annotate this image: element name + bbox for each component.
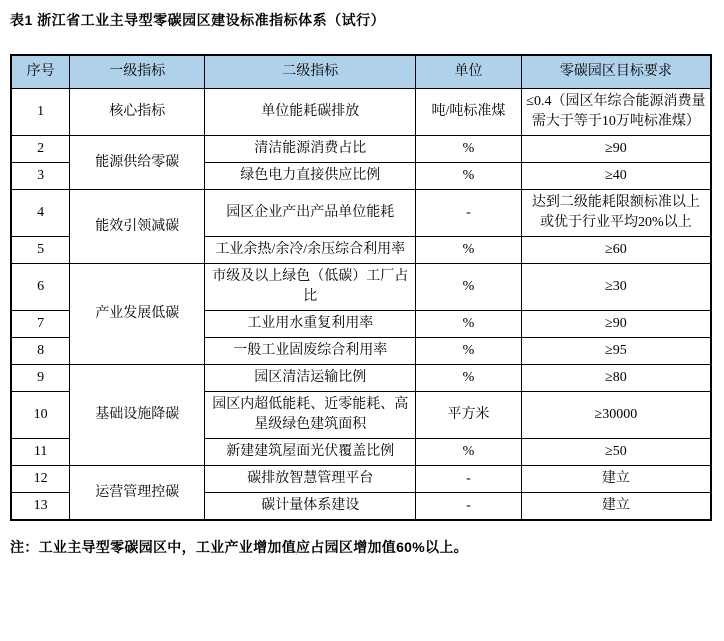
row-number-cell: 6	[11, 264, 70, 311]
row-number-cell: 8	[11, 338, 70, 365]
row-number-cell: 13	[11, 493, 70, 521]
unit-cell: 吨/吨标准煤	[416, 89, 522, 136]
secondary-indicator-cell: 碳排放智慧管理平台	[205, 466, 416, 493]
table-row: 1 核心指标 单位能耗碳排放 吨/吨标准煤 ≤0.4（园区年综合能源消费量需大于…	[11, 89, 711, 136]
primary-indicator-cell: 核心指标	[70, 89, 205, 136]
footnote: 注：工业主导型零碳园区中，工业产业增加值应占园区增加值60%以上。	[10, 537, 714, 557]
target-cell: ≥40	[521, 163, 711, 190]
row-number-cell: 12	[11, 466, 70, 493]
target-cell: ≥90	[521, 136, 711, 163]
target-cell: 达到二级能耗限额标准以上或优于行业平均20%以上	[521, 190, 711, 237]
secondary-indicator-cell: 市级及以上绿色（低碳）工厂占比	[205, 264, 416, 311]
indicator-table: 序号 一级指标 二级指标 单位 零碳园区目标要求 1 核心指标 单位能耗碳排放 …	[10, 54, 712, 521]
unit-cell: %	[416, 365, 522, 392]
table-row: 4 能效引领减碳 园区企业产出产品单位能耗 - 达到二级能耗限额标准以上或优于行…	[11, 190, 711, 237]
col-header-primary-indicator: 一级指标	[70, 55, 205, 89]
unit-cell: 平方米	[416, 392, 522, 439]
col-header-unit: 单位	[416, 55, 522, 89]
secondary-indicator-cell: 园区清洁运输比例	[205, 365, 416, 392]
target-cell: ≥30000	[521, 392, 711, 439]
secondary-indicator-cell: 工业余热/余冷/余压综合利用率	[205, 237, 416, 264]
table-row: 6 产业发展低碳 市级及以上绿色（低碳）工厂占比 % ≥30	[11, 264, 711, 311]
primary-indicator-cell: 产业发展低碳	[70, 264, 205, 365]
row-number-cell: 1	[11, 89, 70, 136]
secondary-indicator-cell: 清洁能源消费占比	[205, 136, 416, 163]
secondary-indicator-cell: 碳计量体系建设	[205, 493, 416, 521]
target-cell: ≤0.4（园区年综合能源消费量需大于等于10万吨标准煤）	[521, 89, 711, 136]
row-number-cell: 10	[11, 392, 70, 439]
unit-cell: -	[416, 466, 522, 493]
unit-cell: %	[416, 311, 522, 338]
primary-indicator-cell: 基础设施降碳	[70, 365, 205, 466]
row-number-cell: 4	[11, 190, 70, 237]
primary-indicator-cell: 运营管理控碳	[70, 466, 205, 521]
unit-cell: %	[416, 264, 522, 311]
document-page: 表1 浙江省工业主导型零碳园区建设标准指标体系（试行） 序号 一级指标 二级指标…	[0, 0, 724, 641]
primary-indicator-cell: 能源供给零碳	[70, 136, 205, 190]
unit-cell: %	[416, 338, 522, 365]
target-cell: ≥50	[521, 439, 711, 466]
unit-cell: -	[416, 493, 522, 521]
unit-cell: %	[416, 163, 522, 190]
secondary-indicator-cell: 园区内超低能耗、近零能耗、高星级绿色建筑面积	[205, 392, 416, 439]
row-number-cell: 3	[11, 163, 70, 190]
target-cell: ≥80	[521, 365, 711, 392]
col-header-secondary-indicator: 二级指标	[205, 55, 416, 89]
table-row: 2 能源供给零碳 清洁能源消费占比 % ≥90	[11, 136, 711, 163]
unit-cell: %	[416, 439, 522, 466]
row-number-cell: 7	[11, 311, 70, 338]
secondary-indicator-cell: 一般工业固废综合利用率	[205, 338, 416, 365]
unit-cell: %	[416, 237, 522, 264]
row-number-cell: 11	[11, 439, 70, 466]
target-cell: 建立	[521, 493, 711, 521]
header-row: 序号 一级指标 二级指标 单位 零碳园区目标要求	[11, 55, 711, 89]
table-row: 12 运营管理控碳 碳排放智慧管理平台 - 建立	[11, 466, 711, 493]
secondary-indicator-cell: 单位能耗碳排放	[205, 89, 416, 136]
target-cell: ≥95	[521, 338, 711, 365]
target-cell: ≥30	[521, 264, 711, 311]
row-number-cell: 5	[11, 237, 70, 264]
unit-cell: %	[416, 136, 522, 163]
unit-cell: -	[416, 190, 522, 237]
secondary-indicator-cell: 工业用水重复利用率	[205, 311, 416, 338]
primary-indicator-cell: 能效引领减碳	[70, 190, 205, 264]
target-cell: 建立	[521, 466, 711, 493]
col-header-target: 零碳园区目标要求	[521, 55, 711, 89]
secondary-indicator-cell: 新建建筑屋面光伏覆盖比例	[205, 439, 416, 466]
col-header-index: 序号	[11, 55, 70, 89]
row-number-cell: 9	[11, 365, 70, 392]
target-cell: ≥90	[521, 311, 711, 338]
target-cell: ≥60	[521, 237, 711, 264]
table-row: 9 基础设施降碳 园区清洁运输比例 % ≥80	[11, 365, 711, 392]
secondary-indicator-cell: 园区企业产出产品单位能耗	[205, 190, 416, 237]
row-number-cell: 2	[11, 136, 70, 163]
secondary-indicator-cell: 绿色电力直接供应比例	[205, 163, 416, 190]
table-caption: 表1 浙江省工业主导型零碳园区建设标准指标体系（试行）	[10, 10, 714, 30]
